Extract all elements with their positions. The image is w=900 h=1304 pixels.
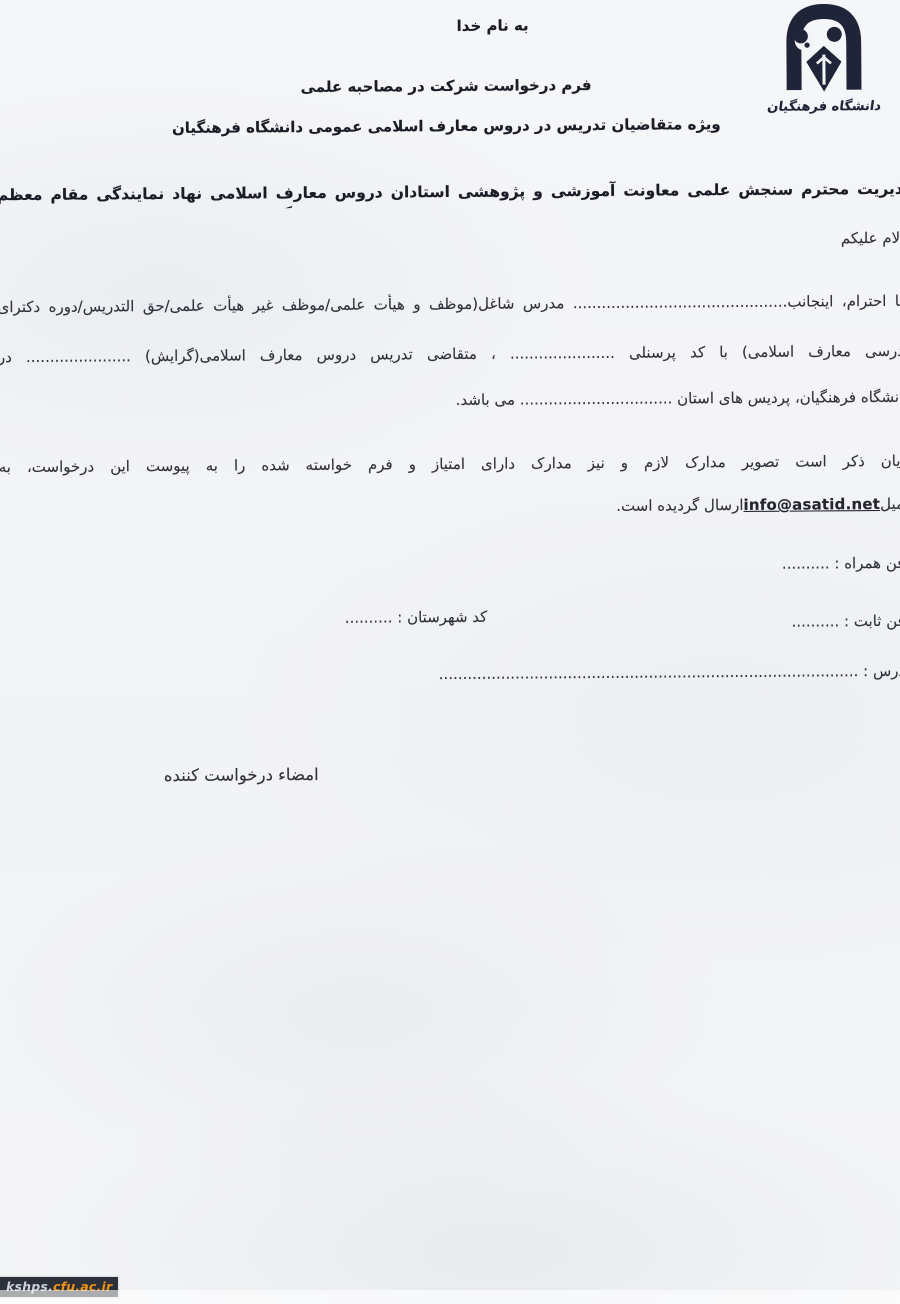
mobile-phone-line: فن همراه : .......... [782, 553, 900, 576]
email-address: info@asatid.net [743, 495, 880, 514]
signature-label: امضاء درخواست کننده [164, 763, 319, 788]
form-subtitle: ویژه متقاضیان تدریس در دروس معارف اسلامی… [0, 113, 896, 141]
addressee-line: دیریت محترم سنجش علمی معاونت آموزشی و پژ… [0, 178, 900, 210]
body-line-2: درسی معارف اسلامی) با کد پرسنلی ........… [0, 341, 900, 373]
email-line-prefix: میل [880, 495, 900, 513]
watermark-site-suffix: cfu.ac.ir [53, 1279, 112, 1294]
email-line: میلinfo@asatid.netارسال گردیده است. [616, 494, 900, 518]
body-line-3: انشگاه فرهنگیان، پردیس های استان .......… [456, 387, 900, 412]
scanned-form-page: به نام خدا فرم درخواست شركت در مصاحبه عل… [0, 0, 900, 1304]
address-line: درس : ..................................… [439, 661, 900, 686]
site-watermark: kshps.cfu.ac.ir [0, 1277, 118, 1297]
greeting-line: لام علیکم [841, 228, 900, 250]
logo-caption: دانشگاه فرهنگیان [761, 99, 887, 115]
body-line-1: با احترام، اینجانب......................… [0, 291, 900, 323]
farhangian-university-emblem-icon [779, 1, 868, 98]
watermark-site-prefix: kshps. [6, 1279, 53, 1294]
university-logo: دانشگاه فرهنگیان [761, 1, 886, 115]
form-content: به نام خدا فرم درخواست شركت در مصاحبه عل… [0, 0, 900, 1304]
city-code-line: کد شهرستان : .......... [345, 607, 488, 630]
email-line-suffix: ارسال گردیده است. [616, 496, 743, 515]
landline-phone-line: فن ثابت : .......... [791, 611, 900, 634]
note-line-1: ایان ذکر است تصویر مدارک لازم و نیز مدار… [0, 451, 900, 483]
